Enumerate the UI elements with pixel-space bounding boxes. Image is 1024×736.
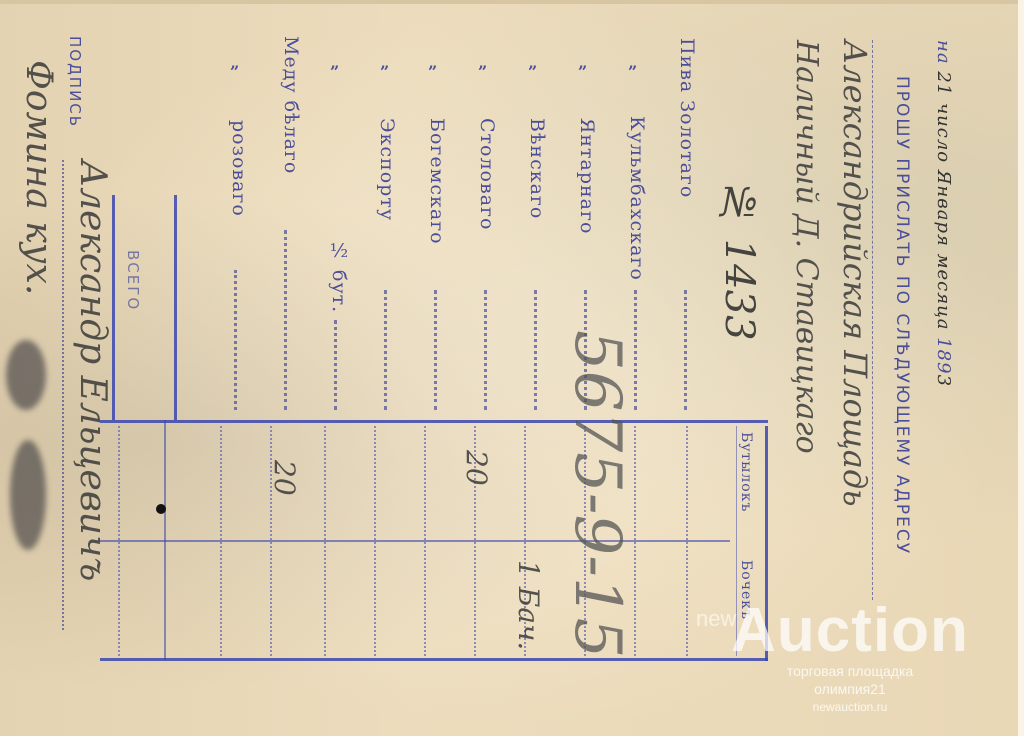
paper-edge-top bbox=[0, 0, 1024, 4]
column-rule bbox=[374, 426, 376, 656]
column-rule bbox=[324, 426, 326, 656]
entry-stolovago-barrels: 1 Бач. bbox=[512, 560, 545, 650]
item-4-quote: ” bbox=[478, 62, 487, 81]
item-0: Пива Золотаго bbox=[676, 38, 698, 198]
address-handwritten-1: Александрийская Площадь bbox=[836, 40, 874, 507]
total-label: ВСЕГО bbox=[124, 250, 142, 311]
handwritten-order-number: № 1433 bbox=[716, 180, 762, 341]
watermark-line3: newauction.ru bbox=[690, 698, 1010, 716]
leader-dots bbox=[634, 290, 637, 410]
paper-edge-right bbox=[1018, 0, 1024, 736]
column-rule bbox=[424, 426, 426, 656]
item-9-quote: ” bbox=[230, 62, 239, 81]
table-total-rule bbox=[164, 420, 166, 660]
item-8: Меду бѣлаго bbox=[280, 36, 302, 174]
ink-dot bbox=[156, 504, 166, 514]
item-4: Столоваго bbox=[476, 118, 498, 230]
item-9: розоваго bbox=[228, 120, 250, 217]
item-7-quote: ” bbox=[330, 62, 339, 81]
watermark-brand: Auction bbox=[690, 600, 1010, 662]
date-handwritten: 21 число Января месяца bbox=[933, 71, 954, 330]
postcard: на 21 число Января месяца 1893 ПРОШУ ПРИ… bbox=[0, 0, 1024, 736]
column-rule bbox=[118, 426, 120, 656]
table-top-border bbox=[100, 420, 768, 423]
item-6: Экспорту bbox=[376, 118, 398, 221]
leader-dots bbox=[484, 290, 487, 410]
date-prefix: на bbox=[933, 40, 954, 65]
signature-line bbox=[62, 160, 64, 630]
leader-dots bbox=[434, 290, 437, 410]
date-line: на 21 число Января месяца 1893 bbox=[933, 40, 954, 387]
item-7: ½ бут. bbox=[328, 240, 350, 313]
item-5: Богемскаго bbox=[426, 118, 448, 245]
table-bottom-border bbox=[100, 658, 768, 661]
item-1-quote: ” bbox=[628, 62, 637, 81]
item-6-quote: ” bbox=[380, 62, 389, 81]
item-1: Кульмбахскаго bbox=[626, 116, 648, 281]
watermark-prefix: new bbox=[696, 606, 736, 632]
auction-watermark: new Auction торговая площадка олимпия21 … bbox=[690, 600, 1010, 720]
column-rule bbox=[686, 426, 688, 656]
ink-smudge bbox=[6, 340, 46, 410]
leader-dots bbox=[284, 230, 287, 410]
item-2-quote: ” bbox=[578, 62, 587, 81]
signature-handwritten-1: Александр Ельцевичъ bbox=[72, 160, 113, 581]
watermark-line2: олимпия21 bbox=[690, 680, 1010, 698]
column-rule bbox=[220, 426, 222, 656]
entry-half-bottles: 20 bbox=[268, 460, 301, 496]
leader-dots bbox=[684, 290, 687, 410]
total-box-right bbox=[174, 195, 177, 420]
column-rule bbox=[634, 426, 636, 656]
item-5-quote: ” bbox=[428, 62, 437, 81]
year-printed: 189 bbox=[933, 337, 954, 374]
handwritten-large-number: 5675-9-15 bbox=[560, 330, 634, 658]
signature-label: ПОДПИСЬ bbox=[66, 36, 84, 128]
leader-dots bbox=[334, 320, 337, 410]
item-3: Вѣнскаго bbox=[526, 118, 548, 219]
request-address-line: ПРОШУ ПРИСЛАТЬ ПО СЛѢДУЮЩЕМУ АДРЕСУ bbox=[892, 76, 912, 555]
item-2: Янтарнаго bbox=[576, 118, 598, 234]
leader-dots bbox=[534, 290, 537, 410]
entry-stolovago-bottles: 20 bbox=[460, 450, 493, 486]
item-3-quote: ” bbox=[528, 62, 537, 81]
leader-dots bbox=[234, 270, 237, 410]
address-handwritten-2: Наличный Д. Ставицкаго bbox=[789, 40, 824, 454]
leader-dots bbox=[384, 290, 387, 410]
year-handwritten: 3 bbox=[933, 375, 954, 387]
signature-handwritten-2: Фомина кух. bbox=[18, 60, 59, 295]
col-bottles-header: Бутылокъ bbox=[738, 432, 754, 512]
ink-smudge bbox=[10, 440, 46, 550]
